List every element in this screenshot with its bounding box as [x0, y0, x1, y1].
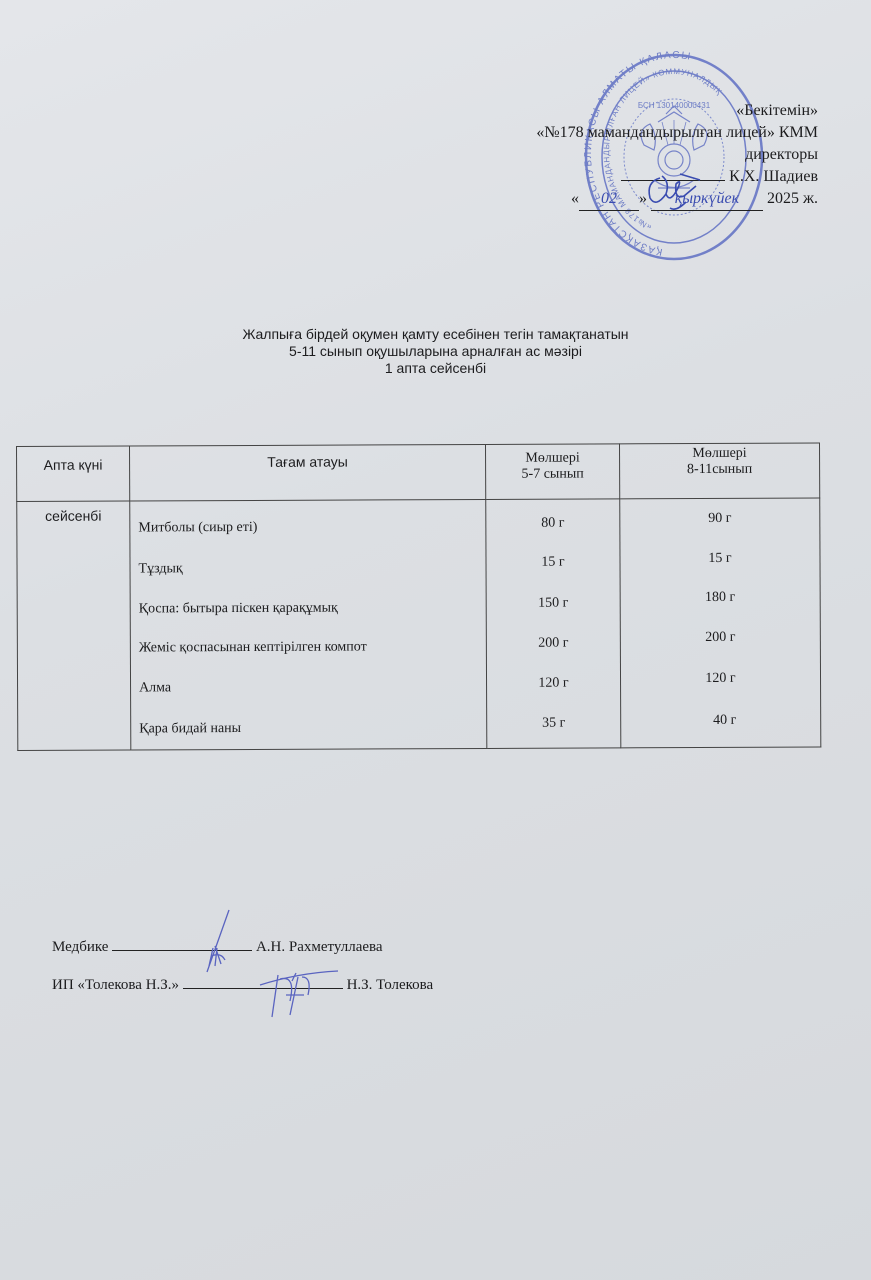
ip-signature-row: ИП «Толекова Н.З.» Н.З. Толекова: [52, 975, 433, 995]
qty-item: 90 г: [620, 508, 819, 529]
approval-position: директоры: [536, 144, 818, 166]
ip-name: Н.З. Толекова: [347, 977, 434, 993]
qty-item: 15 г: [620, 548, 819, 569]
header-day: Апта күні: [17, 446, 130, 501]
approval-block: «Бекітемін» «№178 мамандандырылған лицей…: [536, 100, 818, 211]
day-cell: сейсенбі: [17, 501, 131, 750]
dish-cell: Митболы (сиыр еті) Тұздық Қоспа: бытыра …: [130, 499, 487, 750]
director-signature-field: [621, 180, 725, 181]
qty-item: 120 г: [487, 673, 620, 694]
dish-item: Қара бидай наны: [131, 718, 486, 740]
qty-item: 200 г: [487, 633, 620, 654]
qty-item: 150 г: [487, 593, 620, 614]
qty-8-11-cell: 90 г 15 г 180 г 200 г 120 г 40 г: [620, 498, 821, 748]
header-qty-8-11-grade: 8-11сынып: [687, 462, 752, 477]
header-qty-8-11: Мөлшері 8-11сынып: [619, 443, 819, 499]
qty-item: 180 г: [621, 587, 820, 608]
ip-role: ИП «Толекова Н.З.»: [52, 977, 179, 993]
nurse-signature-row: Медбике А.Н. Рахметуллаева: [52, 937, 433, 957]
nurse-role: Медбике: [52, 939, 108, 955]
director-name: К.Х. Шадиев: [729, 168, 818, 185]
approval-signature-line: К.Х. Шадиев: [536, 166, 818, 188]
date-close-quote: »: [639, 190, 647, 207]
title-line-2: 5-11 сынып оқушыларына арналған ас мәзір…: [0, 343, 871, 360]
ip-signature-field: [183, 988, 343, 989]
qty-item: 120 г: [621, 668, 820, 689]
qty-5-7-cell: 80 г 15 г 150 г 200 г 120 г 35 г: [486, 499, 621, 749]
header-qty-5-7-grade: 5-7 сынып: [522, 467, 584, 482]
qty-item: 15 г: [486, 552, 619, 573]
dish-item: Тұздық: [130, 558, 485, 580]
table-header-row: Апта күні Тағам атауы Мөлшері 5-7 сынып …: [17, 443, 820, 502]
title-line-3: 1 апта сейсенбі: [0, 360, 871, 377]
nurse-name: А.Н. Рахметуллаева: [256, 939, 383, 955]
approval-heading: «Бекітемін»: [536, 100, 818, 122]
approval-date: «02» қыркүйек 2025 ж.: [536, 188, 818, 211]
table-row: сейсенбі Митболы (сиыр еті) Тұздық Қоспа…: [17, 498, 821, 751]
title-line-1: Жалпыға бірдей оқумен қамту есебінен тег…: [0, 326, 871, 343]
dish-item: Қоспа: бытыра піскен қарақұмық: [131, 598, 486, 620]
date-month-field: қыркүйек: [651, 188, 763, 211]
dish-item: Алма: [131, 677, 486, 699]
qty-item: 200 г: [621, 627, 820, 648]
dish-list: Митболы (сиыр еті) Тұздық Қоспа: бытыра …: [130, 500, 486, 750]
menu-table: Апта күні Тағам атауы Мөлшері 5-7 сынып …: [16, 442, 821, 751]
approval-organization: «№178 мамандандырылған лицей» КММ: [536, 122, 818, 144]
header-qty-5-7: Мөлшері 5-7 сынып: [485, 444, 619, 500]
qty-item: 40 г: [629, 710, 820, 731]
qty-5-7-list: 80 г 15 г 150 г 200 г 120 г 35 г: [486, 499, 620, 748]
date-month: қыркүйек: [675, 190, 739, 207]
date-day-field: 02: [579, 188, 639, 211]
date-open-quote: «: [571, 190, 579, 207]
dish-item: Митболы (сиыр еті): [130, 517, 485, 539]
header-dish: Тағам атауы: [130, 444, 486, 501]
qty-item: 35 г: [487, 713, 620, 734]
header-qty-8-11-label: Мөлшері: [692, 446, 746, 461]
date-day: 02: [601, 190, 617, 207]
signatures-block: Медбике А.Н. Рахметуллаева ИП «Толекова …: [52, 937, 433, 1013]
date-year: 2025 ж.: [767, 190, 818, 207]
qty-item: 80 г: [486, 513, 619, 534]
header-qty-5-7-label: Мөлшері: [525, 451, 579, 466]
nurse-signature-field: [112, 950, 252, 951]
qty-8-11-list: 90 г 15 г 180 г 200 г 120 г 40 г: [620, 498, 820, 747]
dish-item: Жеміс қоспасынан кептірілген компот: [131, 637, 486, 659]
menu-title: Жалпыға бірдей оқумен қамту есебінен тег…: [0, 326, 871, 377]
